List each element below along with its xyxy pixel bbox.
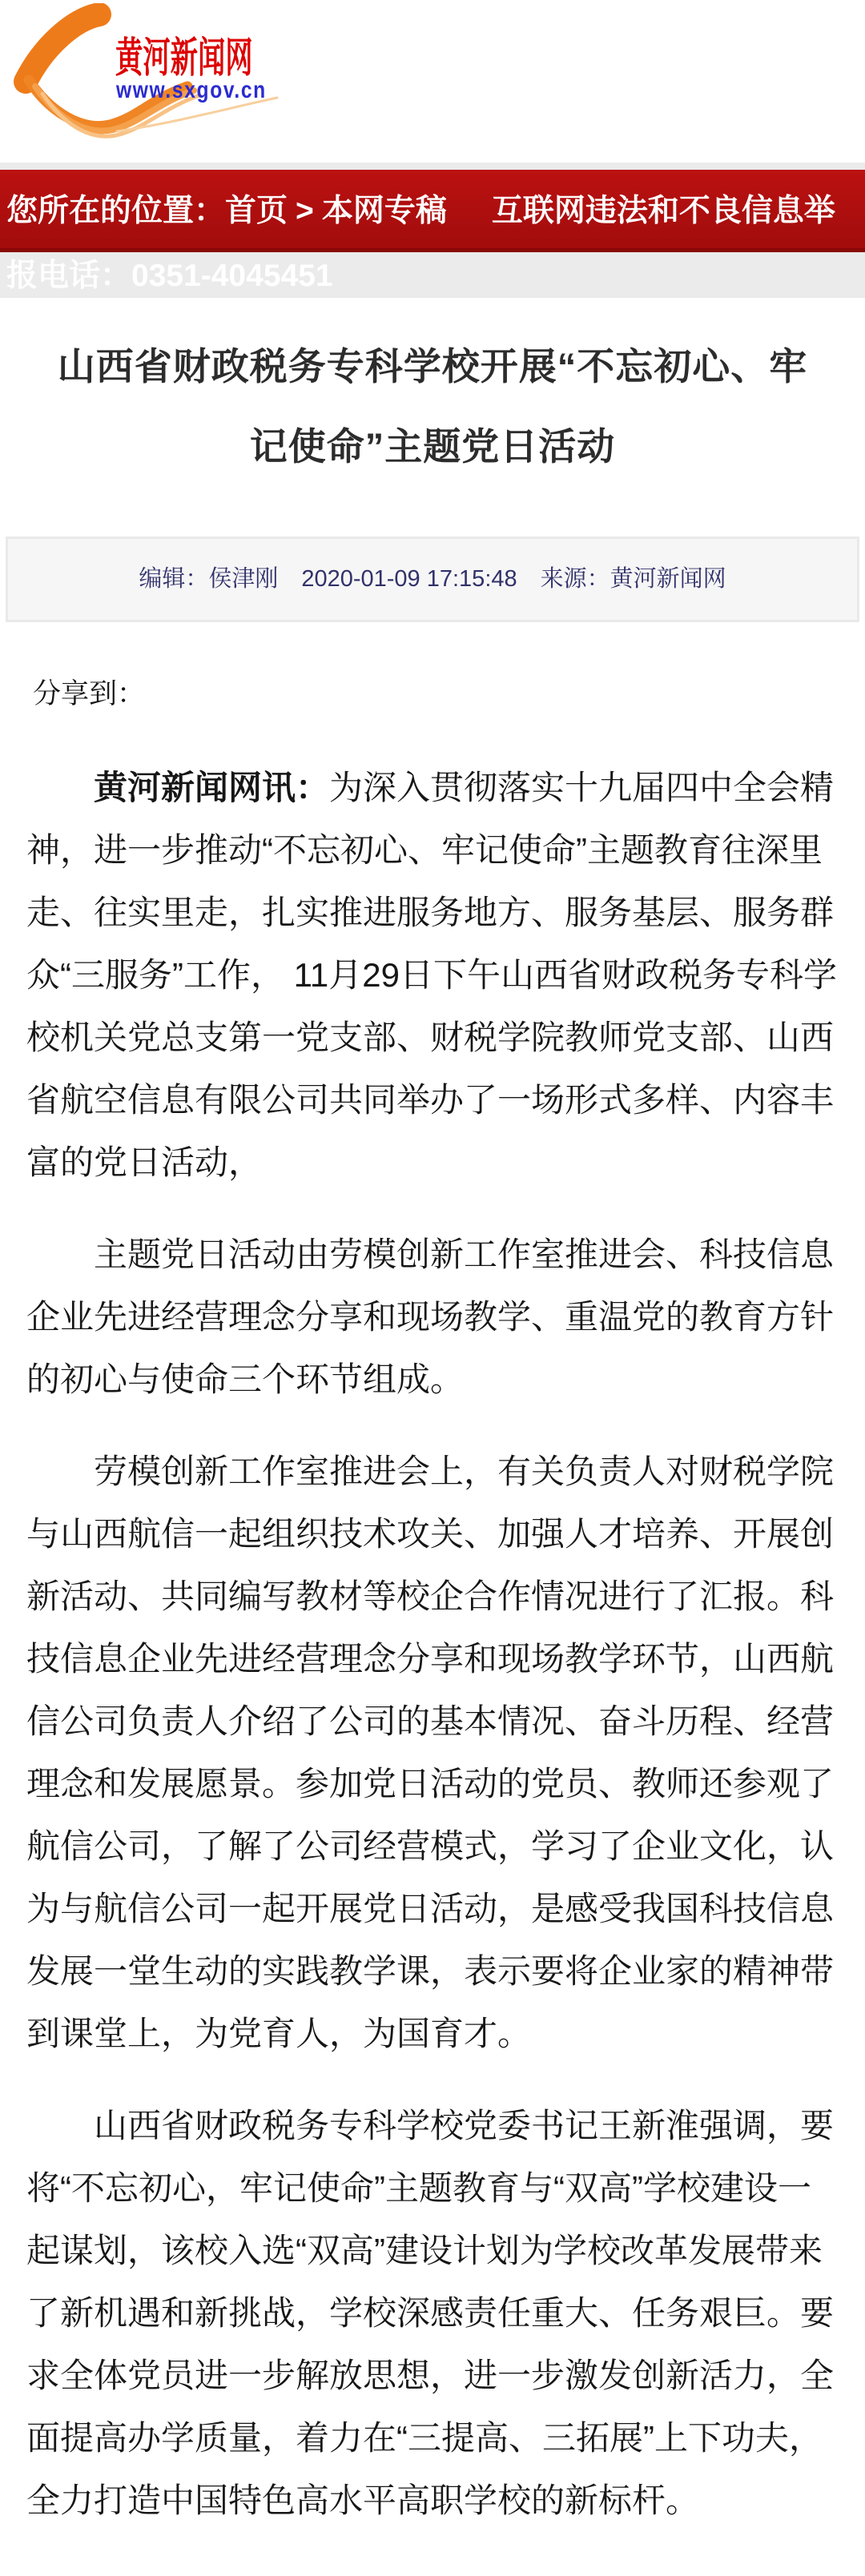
site-logo[interactable]: 黄河新闻网 www.sxgov.cn (5, 3, 293, 159)
article-meta-box: 编辑：侯津刚 2020-01-09 17:15:48 来源：黄河新闻网 (6, 536, 859, 622)
breadcrumb-home-link[interactable]: 首页 (225, 194, 288, 228)
article-paragraph: 主题党日活动由劳模创新工作室推进会、科技信息企业先进经营理念分享和现场教学、重温… (26, 1224, 839, 1411)
breadcrumb: 您所在的位置：首页>本网专稿互联网违法和不良信息举报电话：0351-404545… (6, 170, 863, 298)
site-header: 黄河新闻网 www.sxgov.cn (0, 0, 865, 163)
article-paragraph: 黄河新闻网讯：为深入贯彻落实十九届四中全会精神，进一步推动“不忘初心、牢记使命”… (26, 757, 839, 1194)
article-paragraph: 劳模创新工作室推进会上，有关负责人对财税学院与山西航信一起组织技术攻关、加强人才… (26, 1441, 839, 2065)
article-body: 黄河新闻网讯：为深入贯彻落实十九届四中全会精神，进一步推动“不忘初心、牢记使命”… (0, 757, 865, 2532)
site-url: www.sxgov.cn (116, 77, 267, 104)
paragraph-text: 为深入贯彻落实十九届四中全会精神，进一步推动“不忘初心、牢记使命”主题教育往深里… (26, 769, 837, 1181)
site-name: 黄河新闻网 (115, 24, 253, 84)
paragraph-lead: 黄河新闻网讯： (94, 769, 329, 806)
article-meta-line: 编辑：侯津刚 2020-01-09 17:15:48 来源：黄河新闻网 (139, 566, 726, 592)
article-paragraph: 山西省财政税务专科学校党委书记王新淮强调，要将“不忘初心，牢记使命”主题教育与“… (26, 2095, 839, 2532)
article-title: 山西省财政税务专科学校开展“不忘初心、牢记使命”主题党日活动 (44, 298, 821, 487)
share-row: 分享到： (33, 672, 865, 712)
breadcrumb-bar: 您所在的位置：首页>本网专稿互联网违法和不良信息举报电话：0351-404545… (0, 163, 865, 298)
share-label: 分享到： (33, 678, 145, 709)
breadcrumb-section-link[interactable]: 本网专稿 (322, 194, 447, 228)
article-page: 山西省财政税务专科学校开展“不忘初心、牢记使命”主题党日活动 编辑：侯津刚 20… (0, 298, 865, 2532)
breadcrumb-separator: > (296, 194, 314, 228)
breadcrumb-location-label: 您所在的位置： (6, 194, 225, 228)
